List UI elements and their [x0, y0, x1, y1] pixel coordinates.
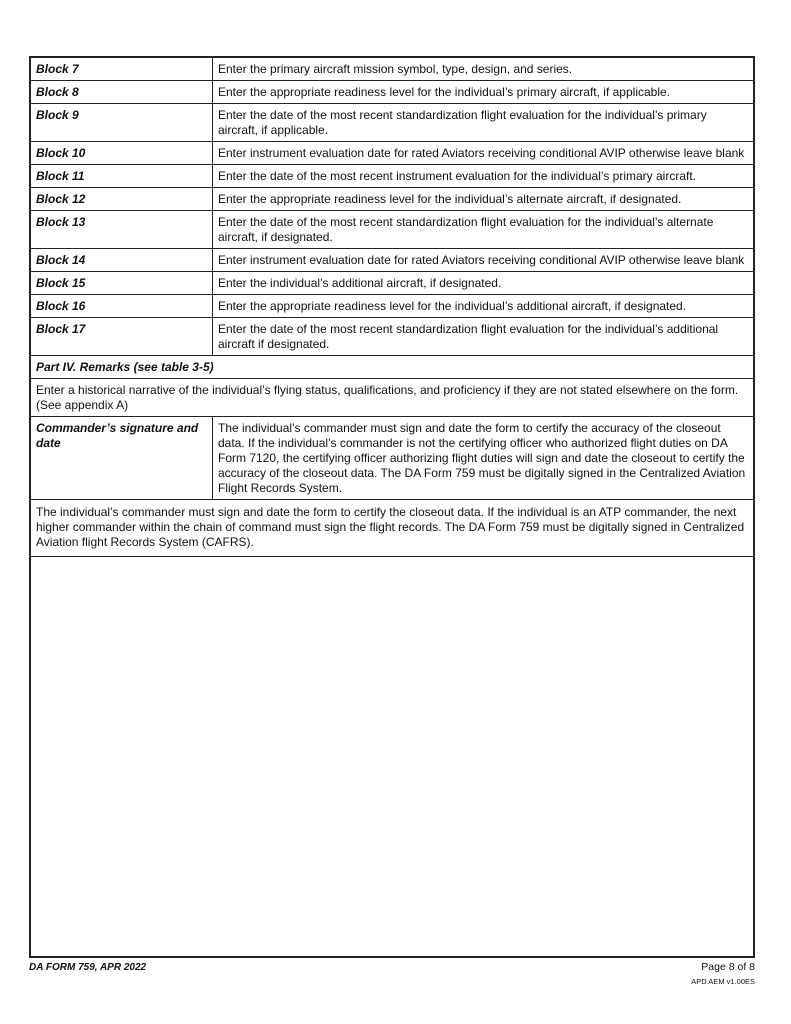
- closing-note: The individual’s commander must sign and…: [31, 500, 753, 557]
- block-instruction: Enter the appropriate readiness level fo…: [213, 81, 754, 104]
- part4-heading-row: Part IV. Remarks (see table 3-5): [31, 356, 753, 379]
- form-id: DA FORM 759, APR 2022: [29, 962, 146, 973]
- block-instruction: Enter the appropriate readiness level fo…: [213, 295, 754, 318]
- part4-narrative: Enter a historical narrative of the indi…: [31, 379, 753, 417]
- block-label: Block 16: [31, 295, 213, 318]
- table-row: Block 7Enter the primary aircraft missio…: [31, 58, 753, 81]
- table-row: Block 17Enter the date of the most recen…: [31, 318, 753, 356]
- table-row: Block 16Enter the appropriate readiness …: [31, 295, 753, 318]
- version-label: APD AEM v1.00ES: [691, 977, 755, 986]
- part4-narrative-row: Enter a historical narrative of the indi…: [31, 379, 753, 417]
- table-row: Block 14Enter instrument evaluation date…: [31, 249, 753, 272]
- block-label: Block 7: [31, 58, 213, 81]
- block-label: Block 17: [31, 318, 213, 356]
- block-label: Block 9: [31, 104, 213, 142]
- part4-heading: Part IV. Remarks (see table 3-5): [31, 356, 753, 379]
- block-label: Block 11: [31, 165, 213, 188]
- block-instruction: Enter the date of the most recent instru…: [213, 165, 754, 188]
- table-row: Block 13Enter the date of the most recen…: [31, 211, 753, 249]
- block-instruction: Enter the date of the most recent standa…: [213, 104, 754, 142]
- block-label: Block 10: [31, 142, 213, 165]
- page-number: Page 8 of 8: [701, 961, 755, 973]
- block-label: Block 14: [31, 249, 213, 272]
- form-page: Block 7Enter the primary aircraft missio…: [29, 56, 755, 958]
- table-row: Block 12Enter the appropriate readiness …: [31, 188, 753, 211]
- table-row: Block 10Enter instrument evaluation date…: [31, 142, 753, 165]
- table-row: Block 11Enter the date of the most recen…: [31, 165, 753, 188]
- block-label: Block 12: [31, 188, 213, 211]
- block-instruction: Enter instrument evaluation date for rat…: [213, 249, 754, 272]
- block-instruction: Enter the appropriate readiness level fo…: [213, 188, 754, 211]
- closing-note-row: The individual’s commander must sign and…: [31, 500, 753, 557]
- block-label: Block 15: [31, 272, 213, 295]
- block-instruction: Enter the primary aircraft mission symbo…: [213, 58, 754, 81]
- block-instruction: Enter the date of the most recent standa…: [213, 318, 754, 356]
- signature-text: The individual’s commander must sign and…: [213, 417, 754, 500]
- table-row: Block 15Enter the individual’s additiona…: [31, 272, 753, 295]
- table-row: Block 8Enter the appropriate readiness l…: [31, 81, 753, 104]
- instructions-table: Block 7Enter the primary aircraft missio…: [31, 58, 753, 557]
- block-instruction: Enter the individual’s additional aircra…: [213, 272, 754, 295]
- signature-label: Commander’s signature and date: [31, 417, 213, 500]
- signature-row: Commander’s signature and date The indiv…: [31, 417, 753, 500]
- block-label: Block 8: [31, 81, 213, 104]
- block-instruction: Enter the date of the most recent standa…: [213, 211, 754, 249]
- table-row: Block 9Enter the date of the most recent…: [31, 104, 753, 142]
- block-label: Block 13: [31, 211, 213, 249]
- block-instruction: Enter instrument evaluation date for rat…: [213, 142, 754, 165]
